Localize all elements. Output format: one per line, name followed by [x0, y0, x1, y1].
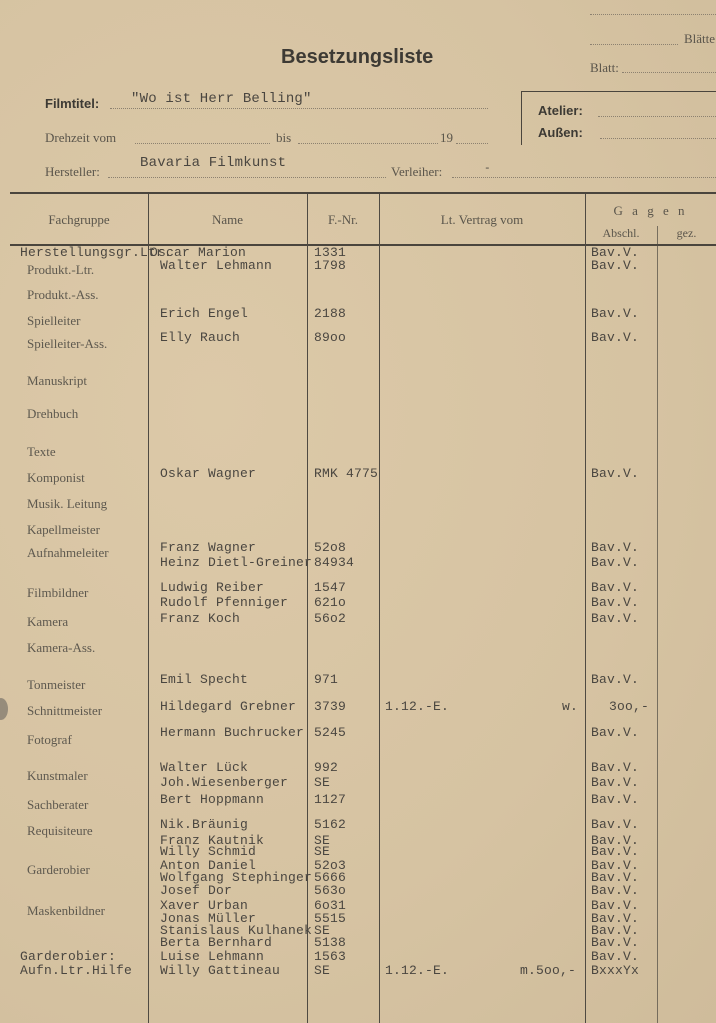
- fachgruppe-label: Schnittmeister: [27, 703, 102, 719]
- fachgruppe-label: Drehbuch: [27, 406, 78, 422]
- fachgruppe-label: Fotograf: [27, 732, 72, 748]
- row-fnr: 1798: [314, 260, 346, 272]
- row-fnr: 1563: [314, 951, 346, 963]
- row-name: Ludwig Reiber: [160, 582, 264, 594]
- row-fnr: 89oo: [314, 332, 346, 344]
- fachgruppe-label: Produkt.-Ass.: [27, 287, 99, 303]
- verleiher-label: Verleiher:: [391, 164, 442, 180]
- row-fnr: 84934: [314, 557, 354, 569]
- drehzeit-to-line: [298, 143, 438, 144]
- fachgruppe-label: Komponist: [27, 470, 85, 486]
- row-fnr: 1547: [314, 582, 346, 594]
- row-abschl: Bav.V.: [591, 846, 639, 858]
- fachgruppe-label: Kamera-Ass.: [27, 640, 95, 656]
- row-name: Walter Lück: [160, 762, 248, 774]
- blaetter-blank-line: [590, 44, 678, 45]
- col-divider-fnr: [379, 194, 380, 1023]
- row-fnr: 52o8: [314, 542, 346, 554]
- filmtitel-label: Filmtitel:: [45, 96, 99, 111]
- row-fnr: 5245: [314, 727, 346, 739]
- row-fnr: SE: [314, 777, 330, 789]
- row-abschl: Bav.V.: [591, 308, 639, 320]
- row-name: Nik.Bräunig: [160, 819, 248, 831]
- row-name: Rudolf Pfenniger: [160, 597, 288, 609]
- bis-label: bis: [276, 130, 291, 146]
- col-header-name: Name: [148, 212, 307, 228]
- row-abschl: Bav.V.: [591, 819, 639, 831]
- row-name: Oskar Wagner: [160, 468, 256, 480]
- row-abschl: Bav.V.: [591, 777, 639, 789]
- col-divider-vertrag: [585, 194, 586, 1023]
- fachgruppe-label: Maskenbildner: [27, 903, 105, 919]
- filmtitel-line: [110, 108, 488, 109]
- row-name: Willy Gattineau: [160, 965, 280, 977]
- row-name: Walter Lehmann: [160, 260, 272, 272]
- row-vertrag-date: 1.12.-E.: [385, 965, 449, 977]
- col-header-abschl: Abschl.: [585, 226, 657, 241]
- aussen-line: [600, 138, 716, 139]
- year-line: [456, 143, 488, 144]
- fachgruppe-label: Filmbildner: [27, 585, 88, 601]
- fachgruppe-label: Aufnahmeleiter: [27, 545, 109, 561]
- row-amount: m.5oo,-: [520, 965, 576, 977]
- row-name: Emil Specht: [160, 674, 248, 686]
- row-fnr: 992: [314, 762, 338, 774]
- fachgruppe-label: Texte: [27, 444, 56, 460]
- row-fnr: 2188: [314, 308, 346, 320]
- verleiher-line: [452, 177, 716, 178]
- blatt-blank-line: [622, 72, 716, 73]
- fachgruppe-label: Garderobier: [27, 862, 90, 878]
- row-fachgruppe: Aufn.Ltr.Hilfe: [20, 965, 132, 977]
- row-name: Bert Hoppmann: [160, 794, 264, 806]
- fachgruppe-label: Kapellmeister: [27, 522, 100, 538]
- row-abschl: Bav.V.: [591, 468, 639, 480]
- row-fnr: 3739: [314, 701, 346, 713]
- row-fnr: 5138: [314, 937, 346, 949]
- col-header-vertrag: Lt. Vertrag vom: [379, 212, 585, 228]
- row-fnr: 971: [314, 674, 338, 686]
- row-fnr: RMK 4775: [314, 468, 378, 480]
- col-header-fnr: F.-Nr.: [307, 212, 379, 228]
- row-name: Heinz Dietl-Greiner: [160, 557, 312, 569]
- row-abschl: Bav.V.: [591, 674, 639, 686]
- fachgruppe-label: Tonmeister: [27, 677, 85, 693]
- row-name: Franz Koch: [160, 613, 240, 625]
- row-abschl: Bav.V.: [591, 794, 639, 806]
- row-abschl: Bav.V.: [591, 597, 639, 609]
- filmtitel-value: "Wo ist Herr Belling": [131, 91, 312, 107]
- fachgruppe-label: Spielleiter: [27, 313, 80, 329]
- row-fachgruppe: Garderobier:: [20, 951, 116, 963]
- col-divider-abschl: [657, 226, 658, 1023]
- fachgruppe-label: Sachberater: [27, 797, 88, 813]
- row-fnr: 563o: [314, 885, 346, 897]
- row-abschl: Bav.V.: [591, 582, 639, 594]
- fachgruppe-label: Requisiteure: [27, 823, 93, 839]
- row-fnr: 1127: [314, 794, 346, 806]
- drehzeit-label: Drehzeit vom: [45, 130, 116, 146]
- row-vertrag-date: 1.12.-E.: [385, 701, 449, 713]
- row-abschl: Bav.V.: [591, 727, 639, 739]
- fachgruppe-label: Spielleiter-Ass.: [27, 336, 107, 352]
- row-abschl: Bav.V.: [591, 557, 639, 569]
- drehzeit-from-line: [135, 143, 270, 144]
- col-divider-fachgruppe: [148, 194, 149, 1023]
- row-abschl: Bav.V.: [591, 542, 639, 554]
- row-name: Hermann Buchrucker: [160, 727, 304, 739]
- row-abschl: Bav.V.: [591, 762, 639, 774]
- verleiher-value: -: [484, 163, 491, 175]
- fachgruppe-label: Produkt.-Ltr.: [27, 262, 94, 278]
- top-right-blank-line: [590, 14, 716, 15]
- row-name: Hildegard Grebner: [160, 701, 296, 713]
- atelier-line: [598, 116, 716, 117]
- row-name: Josef Dor: [160, 885, 232, 897]
- hersteller-label: Hersteller:: [45, 164, 100, 180]
- row-name: Elly Rauch: [160, 332, 240, 344]
- row-name: Franz Wagner: [160, 542, 256, 554]
- col-header-gez: gez.: [657, 226, 716, 241]
- row-abschl: Bav.V.: [591, 885, 639, 897]
- row-abschl: Bav.V.: [591, 951, 639, 963]
- aussen-label: Außen:: [538, 125, 583, 140]
- row-abschl: BxxxYx: [591, 965, 639, 977]
- row-name: Erich Engel: [160, 308, 248, 320]
- row-fnr: 56o2: [314, 613, 346, 625]
- row-abschl: Bav.V.: [591, 613, 639, 625]
- hersteller-line: [108, 177, 386, 178]
- row-fnr: 5162: [314, 819, 346, 831]
- col-header-gagen: G a g e n: [585, 203, 716, 219]
- row-amount: w.: [562, 701, 578, 713]
- blatt-label: Blatt:: [590, 60, 619, 76]
- hersteller-value: Bavaria Filmkunst: [140, 155, 286, 171]
- row-fnr: 621o: [314, 597, 346, 609]
- table-top-rule: [10, 192, 716, 194]
- row-abschl: Bav.V.: [591, 937, 639, 949]
- row-name: Luise Lehmann: [160, 951, 264, 963]
- year-label: 19: [440, 130, 453, 146]
- blaetter-label: Blätte: [684, 31, 715, 47]
- fachgruppe-label: Kamera: [27, 614, 68, 630]
- row-fnr: SE: [314, 965, 330, 977]
- row-fnr: SE: [314, 846, 330, 858]
- row-name: Willy Schmid: [160, 846, 256, 858]
- fachgruppe-label: Kunstmaler: [27, 768, 88, 784]
- col-header-fachgruppe: Fachgruppe: [10, 212, 148, 228]
- row-abschl: Bav.V.: [591, 332, 639, 344]
- row-abschl: 3oo,-: [609, 701, 649, 713]
- punch-hole: [0, 698, 8, 720]
- fachgruppe-label: Manuskript: [27, 373, 87, 389]
- row-abschl: Bav.V.: [591, 260, 639, 272]
- atelier-label: Atelier:: [538, 103, 583, 118]
- col-divider-name: [307, 194, 308, 1023]
- row-name: Joh.Wiesenberger: [160, 777, 288, 789]
- fachgruppe-label: Musik. Leitung: [27, 496, 107, 512]
- document-title: Besetzungsliste: [281, 46, 433, 69]
- row-name: Berta Bernhard: [160, 937, 272, 949]
